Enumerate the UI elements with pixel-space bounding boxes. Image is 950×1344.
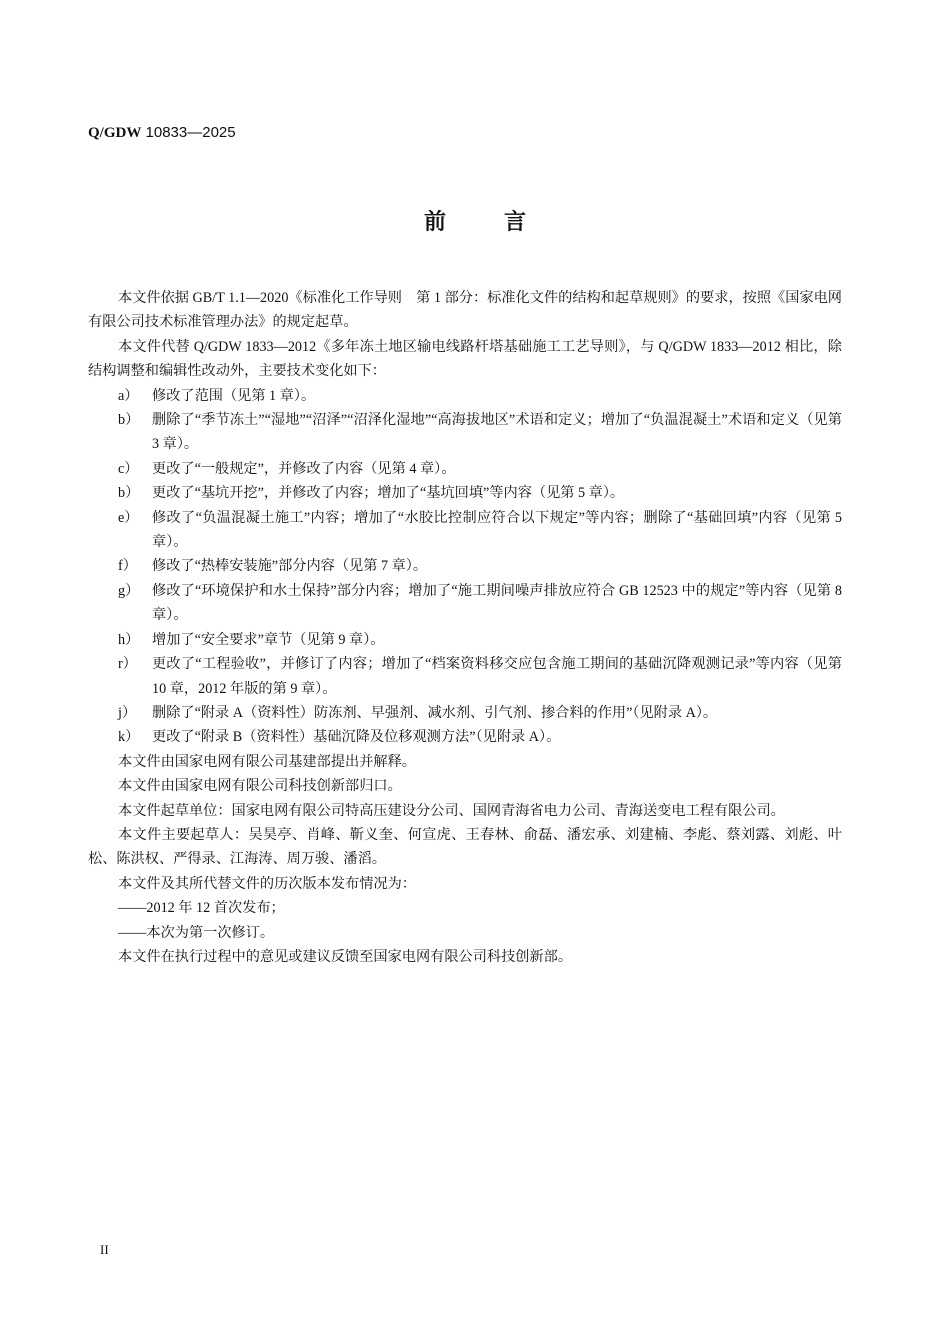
list-text: 修改了“环境保护和水土保持”部分内容；增加了“施工期间噪声排放应符合 GB 12… [152, 583, 842, 623]
list-text: 增加了“安全要求”章节（见第 9 章）。 [152, 632, 385, 648]
paragraph-drafters: 本文件主要起草人：吴昊亭、肖峰、靳义奎、何宣虎、王春林、俞磊、潘宏承、刘建楠、李… [88, 823, 842, 872]
paragraph-managed-by: 本文件由国家电网有限公司科技创新部归口。 [88, 774, 842, 798]
changes-list: a）修改了范围（见第 1 章）。 b）删除了“季节冻土”“湿地”“沼泽”“沼泽化… [88, 384, 842, 750]
list-text: 更改了“附录 B（资料性）基础沉降及位移观测方法”（见附录 A）。 [152, 729, 560, 745]
page-title: 前言 [0, 205, 950, 236]
list-marker: k） [118, 725, 139, 749]
paragraph-drafting-units: 本文件起草单位：国家电网有限公司特高压建设分公司、国网青海省电力公司、青海送变电… [88, 799, 842, 823]
paragraph-history-intro: 本文件及其所代替文件的历次版本发布情况为： [88, 872, 842, 896]
list-marker: c） [118, 457, 139, 481]
list-text: 修改了“负温混凝土施工”内容；增加了“水胶比控制应符合以下规定”等内容；删除了“… [152, 510, 842, 550]
list-item: a）修改了范围（见第 1 章）。 [88, 384, 842, 408]
list-marker: g） [118, 579, 139, 603]
standard-code: Q/GDW 10833—2025 [88, 124, 236, 142]
list-text: 更改了“一般规定”，并修改了内容（见第 4 章）。 [152, 461, 455, 477]
page-number: II [100, 1242, 109, 1258]
list-text: 更改了“基坑开挖”，并修改了内容；增加了“基坑回填”等内容（见第 5 章）。 [152, 485, 624, 501]
history-item: ——2012 年 12 首次发布； [88, 896, 842, 920]
list-item: h）增加了“安全要求”章节（见第 9 章）。 [88, 628, 842, 652]
list-marker: a） [118, 384, 139, 408]
list-item: f）修改了“热棒安装施”部分内容（见第 7 章）。 [88, 554, 842, 578]
paragraph-proposed-by: 本文件由国家电网有限公司基建部提出并解释。 [88, 750, 842, 774]
paragraph-feedback: 本文件在执行过程中的意见或建议反馈至国家电网有限公司科技创新部。 [88, 945, 842, 969]
list-marker: r） [118, 652, 137, 676]
list-item: b）更改了“基坑开挖”，并修改了内容；增加了“基坑回填”等内容（见第 5 章）。 [88, 481, 842, 505]
list-item: c）更改了“一般规定”，并修改了内容（见第 4 章）。 [88, 457, 842, 481]
list-text: 删除了“附录 A（资料性）防冻剂、早强剂、减水剂、引气剂、掺合料的作用”（见附录… [152, 705, 717, 721]
standard-code-number: 10833—2025 [141, 124, 235, 141]
list-text: 更改了“工程验收”，并修订了内容；增加了“档案资料移交应包含施工期间的基础沉降观… [152, 656, 842, 696]
foreword-body: 本文件依据 GB/T 1.1—2020《标准化工作导则 第 1 部分：标准化文件… [88, 286, 842, 969]
list-item: e）修改了“负温混凝土施工”内容；增加了“水胶比控制应符合以下规定”等内容；删除… [88, 506, 842, 555]
paragraph-replaces: 本文件代替 Q/GDW 1833—2012《多年冻土地区输电线路杆塔基础施工工艺… [88, 335, 842, 384]
list-marker: b） [118, 481, 139, 505]
standard-code-prefix: Q/GDW [88, 125, 141, 141]
list-text: 修改了范围（见第 1 章）。 [152, 388, 315, 404]
list-item: r）更改了“工程验收”，并修订了内容；增加了“档案资料移交应包含施工期间的基础沉… [88, 652, 842, 701]
list-marker: f） [118, 554, 137, 578]
list-marker: b） [118, 408, 139, 432]
list-item: k）更改了“附录 B（资料性）基础沉降及位移观测方法”（见附录 A）。 [88, 725, 842, 749]
title-char-2: 言 [504, 205, 526, 236]
history-item: ——本次为第一次修订。 [88, 921, 842, 945]
list-item: g）修改了“环境保护和水土保持”部分内容；增加了“施工期间噪声排放应符合 GB … [88, 579, 842, 628]
list-item: b）删除了“季节冻土”“湿地”“沼泽”“沼泽化湿地”“高海拔地区”术语和定义；增… [88, 408, 842, 457]
paragraph-basis: 本文件依据 GB/T 1.1—2020《标准化工作导则 第 1 部分：标准化文件… [88, 286, 842, 335]
list-marker: e） [118, 506, 139, 530]
list-text: 删除了“季节冻土”“湿地”“沼泽”“沼泽化湿地”“高海拔地区”术语和定义；增加了… [152, 412, 842, 452]
list-marker: j） [118, 701, 136, 725]
title-char-1: 前 [424, 205, 446, 236]
list-item: j）删除了“附录 A（资料性）防冻剂、早强剂、减水剂、引气剂、掺合料的作用”（见… [88, 701, 842, 725]
list-text: 修改了“热棒安装施”部分内容（见第 7 章）。 [152, 558, 427, 574]
list-marker: h） [118, 628, 139, 652]
